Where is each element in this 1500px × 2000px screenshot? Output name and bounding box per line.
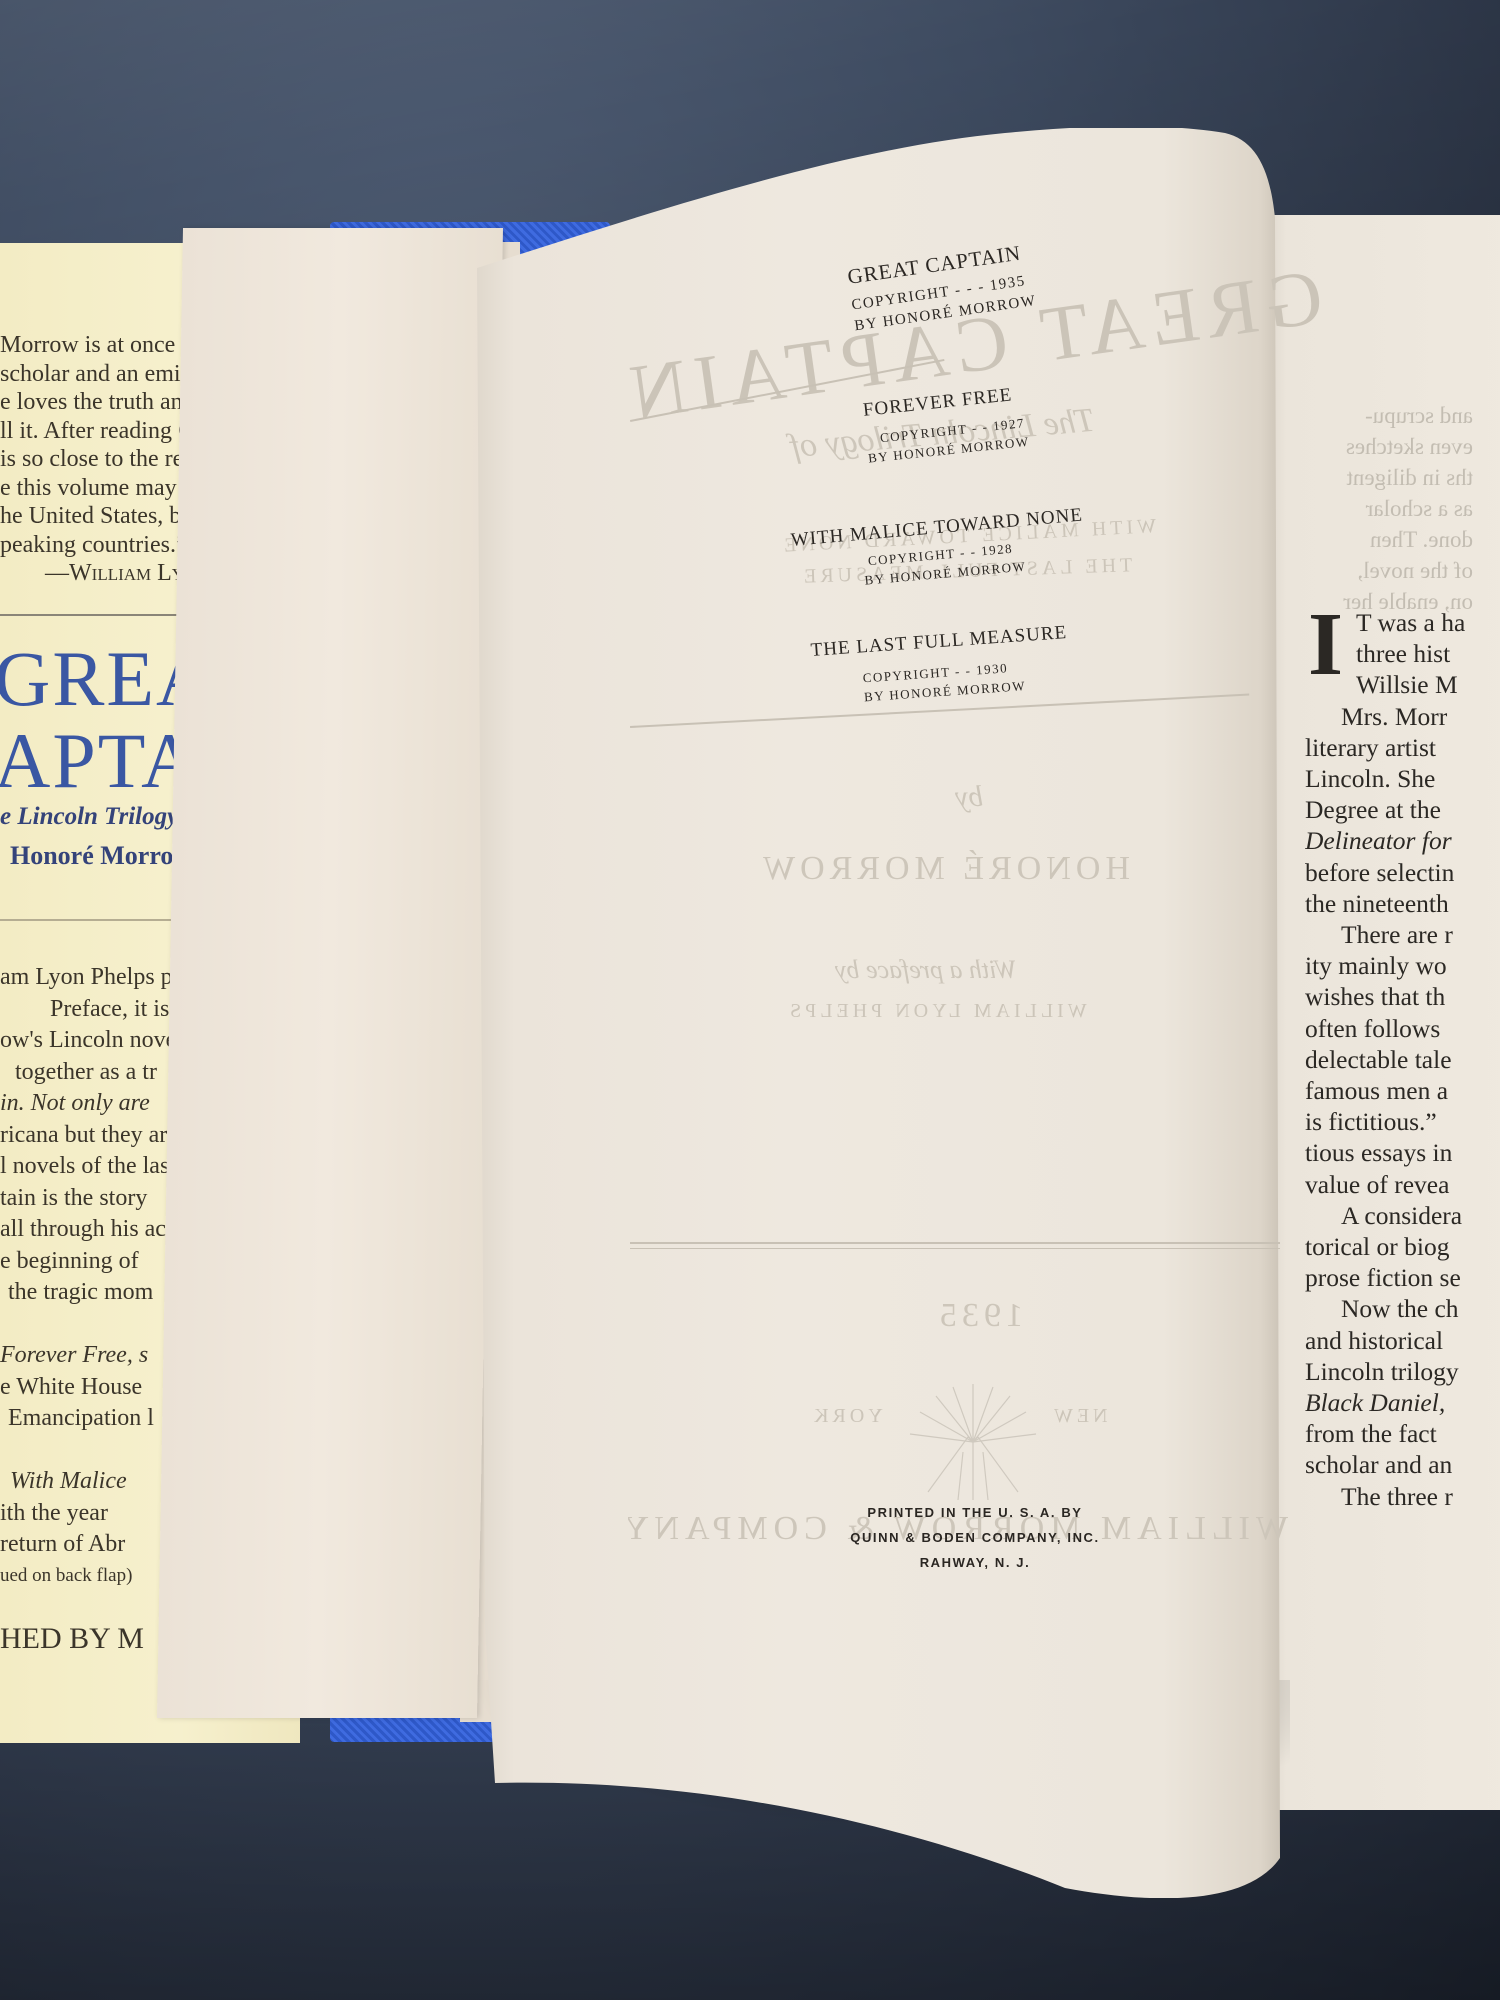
text-line: Delineator for [1305, 825, 1500, 856]
text-line: tious essays in [1305, 1137, 1500, 1168]
text-line: value of revea [1305, 1169, 1500, 1200]
text-line: A considera [1305, 1200, 1500, 1231]
text-line: Mrs. Morr [1305, 701, 1500, 732]
show-through-text: and scrupu- even sketches ths in diligen… [1343, 400, 1473, 617]
show-through-author: HONORÉ MORROW [758, 850, 1130, 888]
text-line: before selectin [1305, 857, 1500, 888]
text-line: is fictitious.” [1305, 1106, 1500, 1137]
text-line: There are r [1305, 919, 1500, 950]
rule-line [630, 1248, 1280, 1249]
ghost-line: as a scholar [1343, 493, 1473, 524]
show-through-preface-author: WILLIAM LYON PHELPS [786, 1000, 1087, 1023]
text-line: often follows [1305, 1013, 1500, 1044]
text-line: delectable tale [1305, 1044, 1500, 1075]
text-line: famous men a [1305, 1075, 1500, 1106]
text-line: Black Daniel, [1305, 1387, 1500, 1418]
blank-endpaper [157, 228, 503, 1718]
text-line: three hist [1305, 638, 1500, 669]
text-line: Degree at the [1305, 794, 1500, 825]
text-line: torical or biog [1305, 1231, 1500, 1262]
ghost-line: ths in diligent [1343, 462, 1473, 493]
right-page: and scrupu- even sketches ths in diligen… [1255, 215, 1500, 1810]
show-through-preface: With a preface by [835, 955, 1017, 985]
printer-line: RAHWAY, N. J. [805, 1550, 1145, 1575]
text-line: Now the ch [1305, 1293, 1500, 1324]
ghost-line: done. Then [1343, 524, 1473, 555]
text-line: scholar and an [1305, 1449, 1500, 1480]
text-line: Lincoln. She [1305, 763, 1500, 794]
text-line: prose fiction se [1305, 1262, 1500, 1293]
text-line: Lincoln trilogy [1305, 1356, 1500, 1387]
text-line: the nineteenth [1305, 888, 1500, 919]
show-through-by: by [955, 780, 983, 814]
ghost-line: even sketches [1343, 431, 1473, 462]
text-line: The three r [1305, 1481, 1500, 1512]
printer-imprint: PRINTED IN THE U. S. A. BY QUINN & BODEN… [805, 1500, 1145, 1575]
text-line: Willsie M [1305, 669, 1500, 700]
show-through-city-left: NEW [1050, 1405, 1108, 1428]
rule-line [630, 1242, 1280, 1244]
preface-text: T was a ha three hist Willsie M Mrs. Mor… [1305, 607, 1500, 1512]
text-line: T was a ha [1305, 607, 1500, 638]
printer-line: QUINN & BODEN COMPANY, INC. [805, 1525, 1145, 1550]
text-line: and historical [1305, 1325, 1500, 1356]
text-line: ity mainly wo [1305, 950, 1500, 981]
ghost-line: of the novel, [1343, 555, 1473, 586]
text-line: literary artist [1305, 732, 1500, 763]
show-through-year: 1935 [935, 1297, 1023, 1335]
show-through-city-right: YORK [810, 1405, 883, 1428]
publisher-emblem-icon [898, 1382, 1048, 1502]
text-line: from the fact [1305, 1418, 1500, 1449]
ghost-line: and scrupu- [1343, 400, 1473, 431]
text-line: wishes that th [1305, 981, 1500, 1012]
printer-line: PRINTED IN THE U. S. A. BY [805, 1500, 1145, 1525]
